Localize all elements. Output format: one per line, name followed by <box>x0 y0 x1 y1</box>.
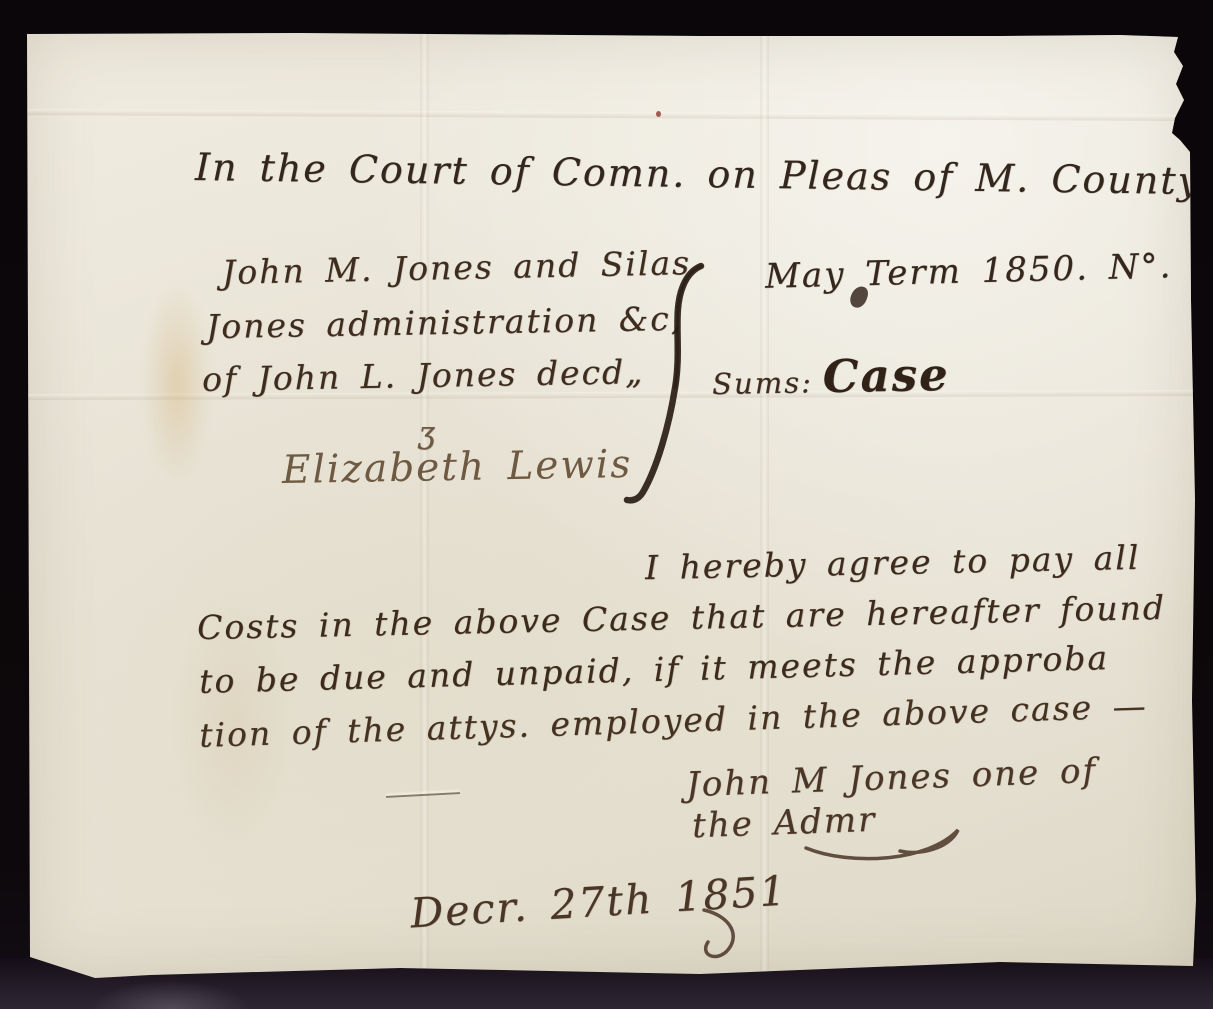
signature-flourish-icon <box>800 818 975 873</box>
red-speck <box>656 111 661 117</box>
defendant-name: Elizabeth Lewis <box>282 442 633 493</box>
header-line: In the Court of Comn. on Pleas of M. Cou… <box>195 145 1202 203</box>
plaintiff-line: Jones administration &c, <box>206 299 684 346</box>
action-type-line: Sums: Case <box>712 348 951 405</box>
scanned-document-photo: In the Court of Comn. on Pleas of M. Cou… <box>0 0 1213 1009</box>
plaintiff-line: John M. Jones and Silas <box>222 243 692 292</box>
date-flourish-icon <box>696 902 756 972</box>
crease-crack <box>386 792 460 798</box>
body-line: Costs in the above Case that are hereaft… <box>197 588 1167 647</box>
table-highlight <box>90 980 250 1009</box>
signature-line: John M Jones one of <box>685 751 1097 805</box>
paper-sheet: In the Court of Comn. on Pleas of M. Cou… <box>24 30 1199 978</box>
horizontal-fold-crease <box>24 109 1199 121</box>
plaintiff-line: of John L. Jones decd„ <box>202 352 645 399</box>
body-line: I hereby agree to pay all <box>645 538 1141 587</box>
docket-term-line: May Term 1850. N°. 39. - <box>765 243 1213 297</box>
action-word: Case <box>822 348 950 403</box>
case-brace-icon <box>625 260 715 510</box>
action-prefix: Sums: <box>712 365 813 401</box>
